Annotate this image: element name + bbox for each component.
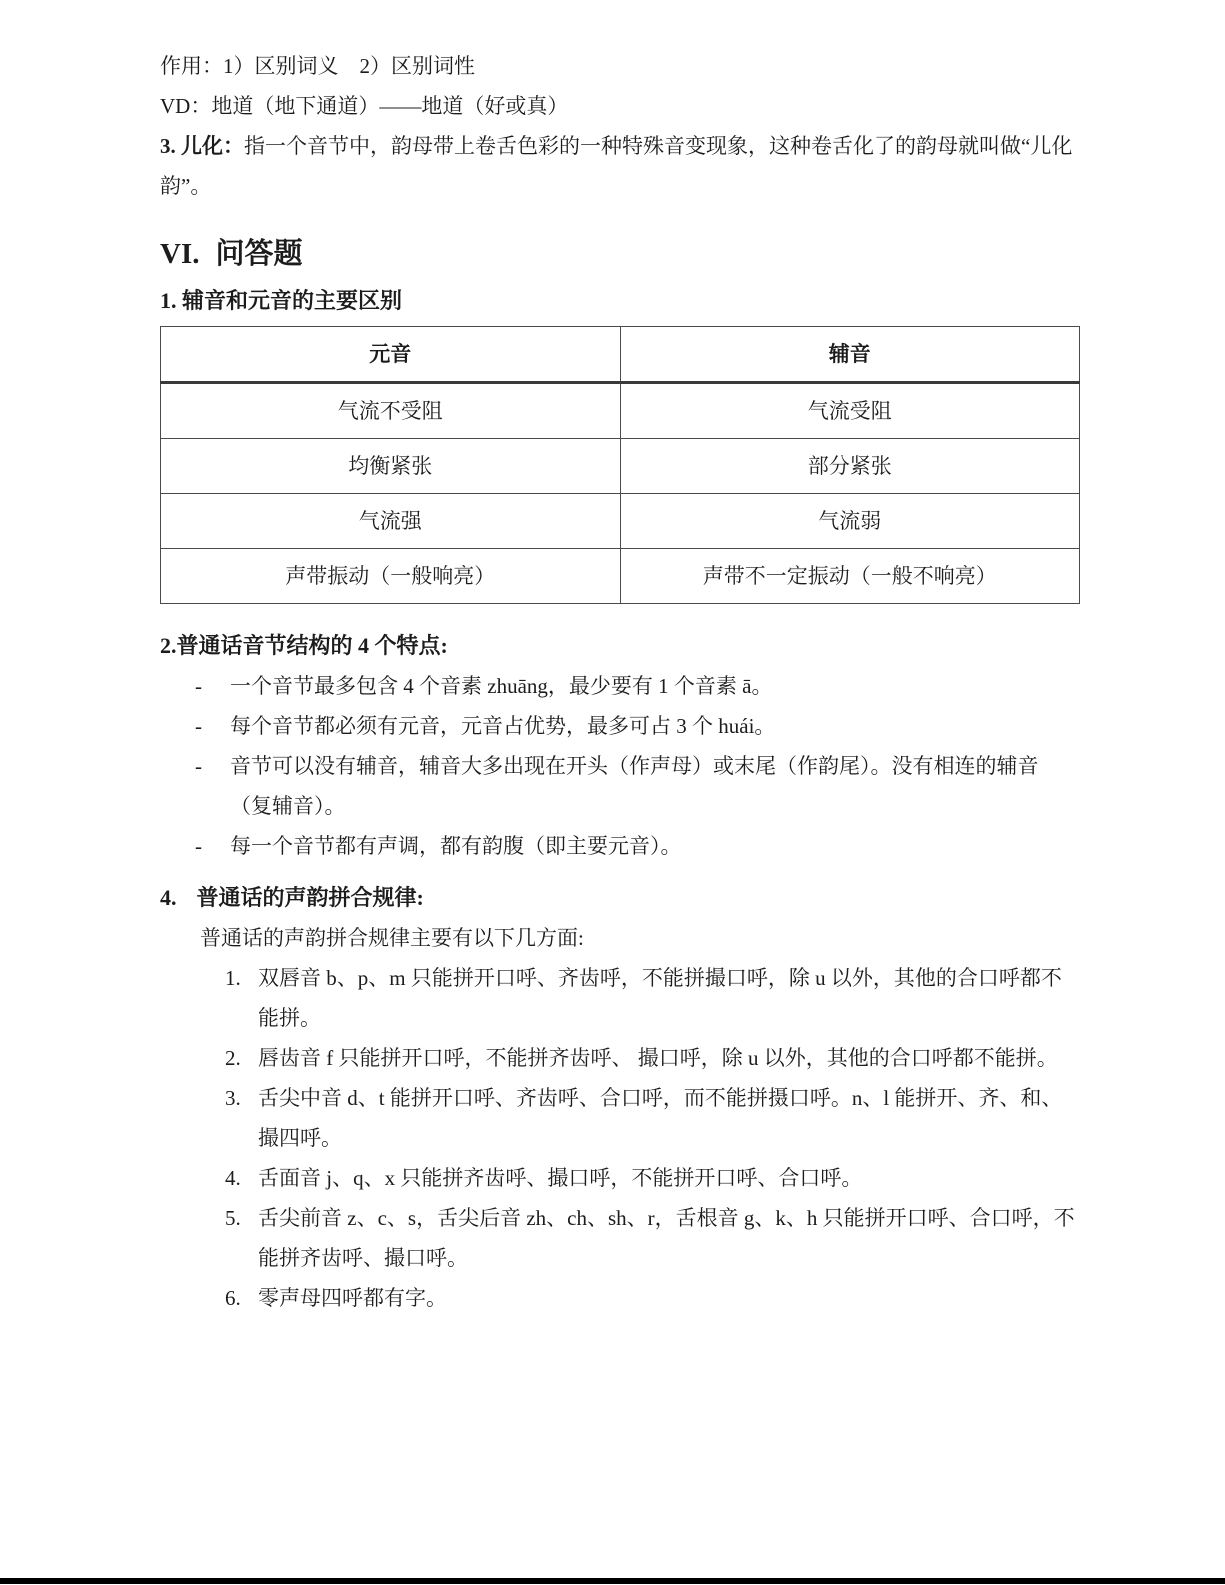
dash-marker: - [195, 826, 230, 866]
dash-marker: - [195, 706, 230, 746]
list-item: 5.舌尖前音 z、c、s，舌尖后音 zh、ch、sh、r，舌根音 g、k、h 只… [225, 1198, 1080, 1278]
item-number: 6. [225, 1278, 258, 1318]
item-number: 2. [225, 1038, 258, 1078]
table-header-vowel: 元音 [161, 327, 621, 383]
spelling-rules-list: 1.双唇音 b、p、m 只能拼开口呼、齐齿呼，不能拼撮口呼，除 u 以外，其他的… [160, 958, 1080, 1318]
erhua-paragraph: 3. 儿化：指一个音节中，韵母带上卷舌色彩的一种特殊音变现象，这种卷舌化了的韵母… [160, 126, 1080, 206]
erhua-term: 3. 儿化： [160, 134, 244, 158]
function-line: 作用：1）区别词义 2）区别词性 [160, 46, 1080, 86]
list-item-text: 零声母四呼都有字。 [258, 1278, 1080, 1318]
list-item-text: 双唇音 b、p、m 只能拼开口呼、齐齿呼，不能拼撮口呼，除 u 以外，其他的合口… [258, 958, 1080, 1038]
table-row: 均衡紧张 部分紧张 [161, 439, 1080, 494]
vd-example-line: VD：地道（地下通道）——地道（好或真） [160, 86, 1080, 126]
list-item: 1.双唇音 b、p、m 只能拼开口呼、齐齿呼，不能拼撮口呼，除 u 以外，其他的… [225, 958, 1080, 1038]
section-vi-number: VI. [160, 238, 199, 270]
table-cell: 气流不受阻 [161, 383, 621, 439]
list-item-text: 舌尖中音 d、t 能拼开口呼、齐齿呼、合口呼，而不能拼摄口呼。n、l 能拼开、齐… [258, 1078, 1080, 1158]
list-item-text: 舌面音 j、q、x 只能拼齐齿呼、撮口呼，不能拼开口呼、合口呼。 [258, 1158, 1080, 1198]
list-item: -音节可以没有辅音，辅音大多出现在开头（作声母）或末尾（作韵尾）。没有相连的辅音… [195, 746, 1080, 826]
list-item: -每个音节都必须有元音，元音占优势，最多可占 3 个 huái。 [195, 706, 1080, 746]
table-cell: 气流强 [161, 494, 621, 549]
table-cell: 气流弱 [620, 494, 1080, 549]
question-2-heading: 2.普通话音节结构的 4 个特点: [160, 628, 1080, 664]
table-cell: 部分紧张 [620, 439, 1080, 494]
table-cell: 气流受阻 [620, 383, 1080, 439]
dash-marker: - [195, 666, 230, 706]
question-4-heading: 4.普通话的声韵拼合规律: [160, 878, 1080, 918]
table-row: 气流不受阻 气流受阻 [161, 383, 1080, 439]
table-cell: 声带振动（一般响亮） [161, 549, 621, 604]
list-item: 3.舌尖中音 d、t 能拼开口呼、齐齿呼、合口呼，而不能拼摄口呼。n、l 能拼开… [225, 1078, 1080, 1158]
list-item: -每一个音节都有声调，都有韵腹（即主要元音）。 [195, 826, 1080, 866]
section-vi-title: 问答题 [215, 238, 302, 270]
question-4-title: 普通话的声韵拼合规律: [197, 885, 424, 910]
list-item-text: 一个音节最多包含 4 个音素 zhuāng，最少要有 1 个音素 ā。 [230, 666, 1080, 706]
question-1-heading: 1. 辅音和元音的主要区别 [160, 284, 1080, 318]
list-item-text: 音节可以没有辅音，辅音大多出现在开头（作声母）或末尾（作韵尾）。没有相连的辅音（… [230, 746, 1080, 826]
item-number: 4. [225, 1158, 258, 1198]
item-number: 5. [225, 1198, 258, 1278]
list-item: 4.舌面音 j、q、x 只能拼齐齿呼、撮口呼，不能拼开口呼、合口呼。 [225, 1158, 1080, 1198]
question-4-number: 4. [160, 885, 177, 910]
list-item: 6.零声母四呼都有字。 [225, 1278, 1080, 1318]
list-item-text: 每一个音节都有声调，都有韵腹（即主要元音）。 [230, 826, 1080, 866]
document-content: 作用：1）区别词义 2）区别词性 VD：地道（地下通道）——地道（好或真） 3.… [0, 0, 1225, 1318]
table-cell: 均衡紧张 [161, 439, 621, 494]
dash-marker: - [195, 746, 230, 826]
table-row: 气流强 气流弱 [161, 494, 1080, 549]
question-4-intro: 普通话的声韵拼合规律主要有以下几方面: [160, 918, 1080, 958]
syllable-features-list: -一个音节最多包含 4 个音素 zhuāng，最少要有 1 个音素 ā。 -每个… [160, 666, 1080, 866]
table-row: 声带振动（一般响亮） 声带不一定振动（一般不响亮） [161, 549, 1080, 604]
erhua-definition: 指一个音节中，韵母带上卷舌色彩的一种特殊音变现象，这种卷舌化了的韵母就叫做“儿化… [160, 134, 1072, 198]
section-heading-vi: VI.问答题 [160, 232, 1080, 276]
page-bottom-divider [0, 1578, 1225, 1584]
list-item: 2.唇齿音 f 只能拼开口呼，不能拼齐齿呼、 撮口呼，除 u 以外，其他的合口呼… [225, 1038, 1080, 1078]
document-page: 作用：1）区别词义 2）区别词性 VD：地道（地下通道）——地道（好或真） 3.… [0, 0, 1225, 1585]
list-item-text: 舌尖前音 z、c、s，舌尖后音 zh、ch、sh、r，舌根音 g、k、h 只能拼… [258, 1198, 1080, 1278]
item-number: 1. [225, 958, 258, 1038]
list-item: -一个音节最多包含 4 个音素 zhuāng，最少要有 1 个音素 ā。 [195, 666, 1080, 706]
table-cell: 声带不一定振动（一般不响亮） [620, 549, 1080, 604]
table-header-row: 元音 辅音 [161, 327, 1080, 383]
list-item-text: 唇齿音 f 只能拼开口呼，不能拼齐齿呼、 撮口呼，除 u 以外，其他的合口呼都不… [258, 1038, 1080, 1078]
list-item-text: 每个音节都必须有元音，元音占优势，最多可占 3 个 huái。 [230, 706, 1080, 746]
item-number: 3. [225, 1078, 258, 1158]
vowel-consonant-table: 元音 辅音 气流不受阻 气流受阻 均衡紧张 部分紧张 气流强 气流弱 [160, 326, 1080, 604]
table-header-consonant: 辅音 [620, 327, 1080, 383]
